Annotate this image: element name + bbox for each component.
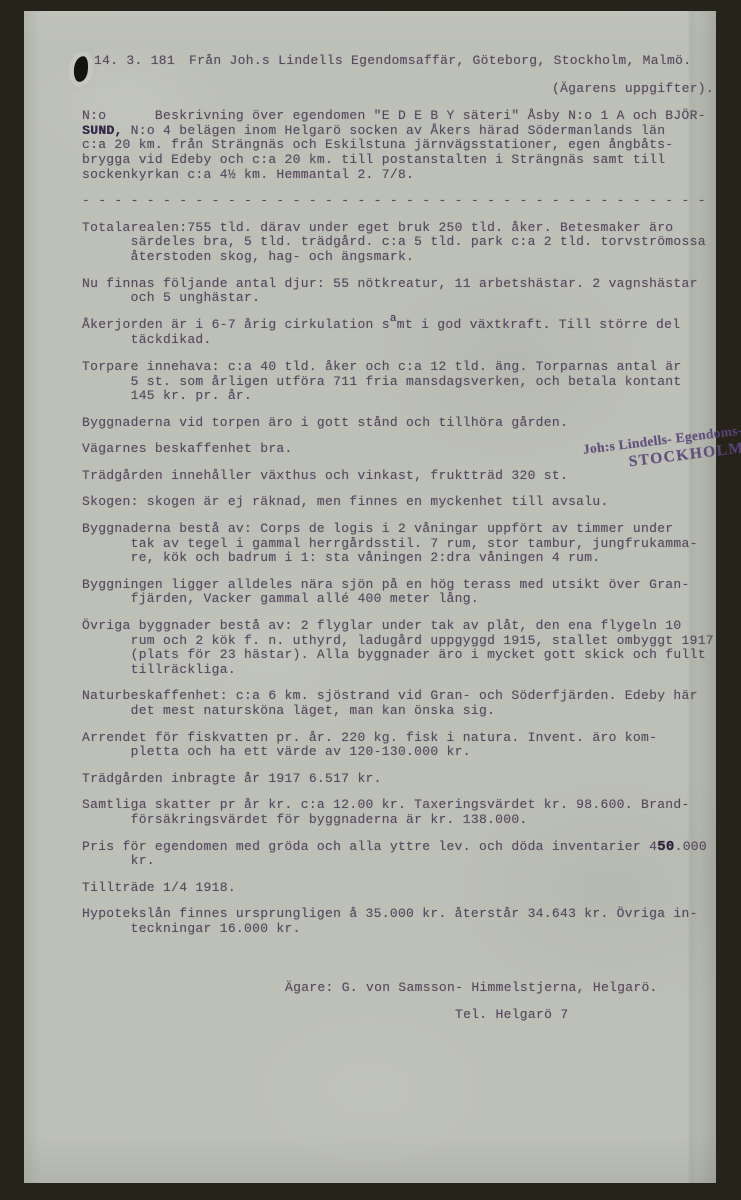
paper-sheet: 14. 3. 181Från Joh.s Lindells Egendomsaf… <box>24 11 716 1183</box>
paragraph-crofters: Torpare innehava: c:a 40 tld. åker och c… <box>82 360 714 404</box>
source-line: Från Joh.s Lindells Egendomsaffär, Göteb… <box>189 53 691 68</box>
paragraph-location: Byggningen ligger alldeles nära sjön på … <box>82 578 714 607</box>
paragraph-description: N:o Beskrivning över egendomen "E D E B … <box>82 109 714 182</box>
paragraph-dashed-separator: - - - - - - - - - - - - - - - - - - - - … <box>82 194 714 209</box>
paragraph-price: Pris för egendomen med gröda och alla yt… <box>82 840 714 869</box>
date-stamp: 14. 3. 181 <box>94 53 175 68</box>
paragraph-fishing-lease: Arrendet för fiskvatten pr. år. 220 kg. … <box>82 731 714 760</box>
scanned-document-page: { "page": { "frame_color": "#26231b", "p… <box>0 0 741 1200</box>
document-body: N:o Beskrivning över egendomen "E D E B … <box>82 109 714 936</box>
paragraph-taxes: Samtliga skatter pr år kr. c:a 12.00 kr.… <box>82 798 714 827</box>
typewritten-text-column: 14. 3. 181Från Joh.s Lindells Egendomsaf… <box>82 54 714 1035</box>
signature-block: Ägare: G. von Samsson- Himmelstjerna, He… <box>82 981 714 1023</box>
owner-note: (Ägarens uppgifter). <box>82 82 714 97</box>
paragraph-livestock: Nu finnas följande antal djur: 55 nötkre… <box>82 277 714 306</box>
header-row: 14. 3. 181Från Joh.s Lindells Egendomsaf… <box>82 54 714 69</box>
paragraph-main-buildings: Byggnaderna bestå av: Corps de logis i 2… <box>82 522 714 566</box>
paragraph-mortgage: Hypotekslån finnes ursprungligen å 35.00… <box>82 907 714 936</box>
paragraph-garden-income: Trädgården inbragte år 1917 6.517 kr. <box>82 772 714 787</box>
paragraph-croft-buildings: Byggnaderna vid torpen äro i gott stånd … <box>82 416 714 431</box>
paragraph-total-area: Totalarealen:755 tld. därav under eget b… <box>82 221 714 265</box>
paragraph-field-rotation: Åkerjorden är i 6-7 årig cirkulation sam… <box>82 318 714 348</box>
paragraph-nature: Naturbeskaffenhet: c:a 6 km. sjöstrand v… <box>82 689 714 718</box>
telephone-line: Tel. Helgarö 7 <box>455 1008 714 1023</box>
paragraph-other-buildings: Övriga byggnader bestå av: 2 flyglar und… <box>82 619 714 677</box>
paragraph-possession: Tillträde 1/4 1918. <box>82 881 714 896</box>
owner-line: Ägare: G. von Samsson- Himmelstjerna, He… <box>285 981 714 996</box>
paragraph-forest: Skogen: skogen är ej räknad, men finnes … <box>82 495 714 510</box>
